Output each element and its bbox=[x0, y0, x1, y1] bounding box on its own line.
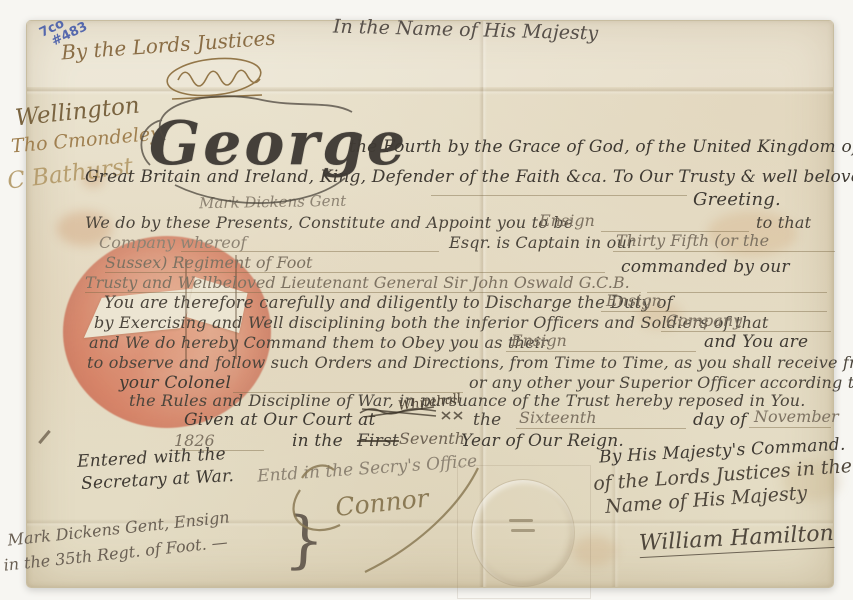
captain-text: Esqr. is Captain in our bbox=[449, 233, 635, 252]
emboss-slit-mark bbox=[511, 529, 535, 532]
and-you-are: and You are bbox=[704, 332, 808, 352]
greeting: Greeting. bbox=[693, 189, 781, 210]
entd-office-note: Entd in the Secry's Office bbox=[257, 451, 478, 486]
reign-struck: First bbox=[357, 431, 399, 451]
blank-rule bbox=[516, 428, 686, 429]
superior-text: or any other your Superior Officer accor… bbox=[469, 373, 853, 392]
observe-text: to observe and follow such Orders and Di… bbox=[87, 353, 853, 372]
company-whereof: Company whereof bbox=[99, 233, 246, 252]
blank-rule bbox=[181, 251, 439, 252]
parchment-sheet: 7co #483 By the Lords Justices In the Na… bbox=[26, 20, 834, 588]
office-signature: Connor bbox=[334, 483, 430, 522]
the-word: the bbox=[473, 410, 501, 430]
grantee-name: Mark Dickens Gent bbox=[199, 192, 346, 213]
your-colonel: your Colonel bbox=[119, 373, 231, 393]
horizontal-fold-crease-top bbox=[27, 87, 833, 95]
rank1: Ensign bbox=[539, 211, 595, 230]
blank-rule bbox=[431, 195, 687, 196]
blank-rule bbox=[647, 292, 827, 293]
rank2: Ensign bbox=[606, 291, 662, 310]
title-line1: the Fourth by the Grace of God, of the U… bbox=[349, 137, 853, 157]
regiment-name: Sussex) Regiment of Foot bbox=[105, 253, 312, 272]
small-ink-mark bbox=[38, 430, 51, 444]
blank-rule bbox=[506, 351, 696, 352]
blank-rule bbox=[613, 251, 835, 252]
duty-text: You are therefore carefully and diligent… bbox=[104, 293, 673, 312]
general-line: Trusty and Wellbeloved Lieutenant Genera… bbox=[85, 273, 630, 292]
day-value: Sixteenth bbox=[519, 408, 597, 427]
title-line2: Great Britain and Ireland, King, Defende… bbox=[85, 167, 853, 187]
in-the: in the bbox=[292, 431, 343, 451]
day-of: day of bbox=[693, 410, 747, 430]
commanded-by: commanded by our bbox=[621, 257, 790, 277]
appoint-text: We do by these Presents, Constitute and … bbox=[85, 213, 573, 232]
rules-text: the Rules and Discipline of War, in purs… bbox=[129, 391, 806, 410]
rank3: Ensign bbox=[511, 331, 567, 350]
company2: Company bbox=[666, 311, 742, 330]
embossed-duty-stamp bbox=[471, 479, 575, 587]
reign-value: Seventh bbox=[399, 429, 465, 448]
month: November bbox=[754, 407, 839, 426]
blank-rule bbox=[749, 427, 831, 428]
photo-background: 7co #483 By the Lords Justices In the Na… bbox=[0, 0, 853, 600]
emboss-slit-mark bbox=[509, 519, 533, 522]
regiment-number: Thirty Fifth (or the bbox=[616, 231, 769, 250]
docket-brace: } bbox=[283, 502, 326, 577]
obey-text: and We do hereby Command them to Obey yo… bbox=[89, 333, 548, 352]
given-at: Given at Our Court at bbox=[184, 410, 376, 430]
to-that: to that bbox=[756, 213, 811, 232]
